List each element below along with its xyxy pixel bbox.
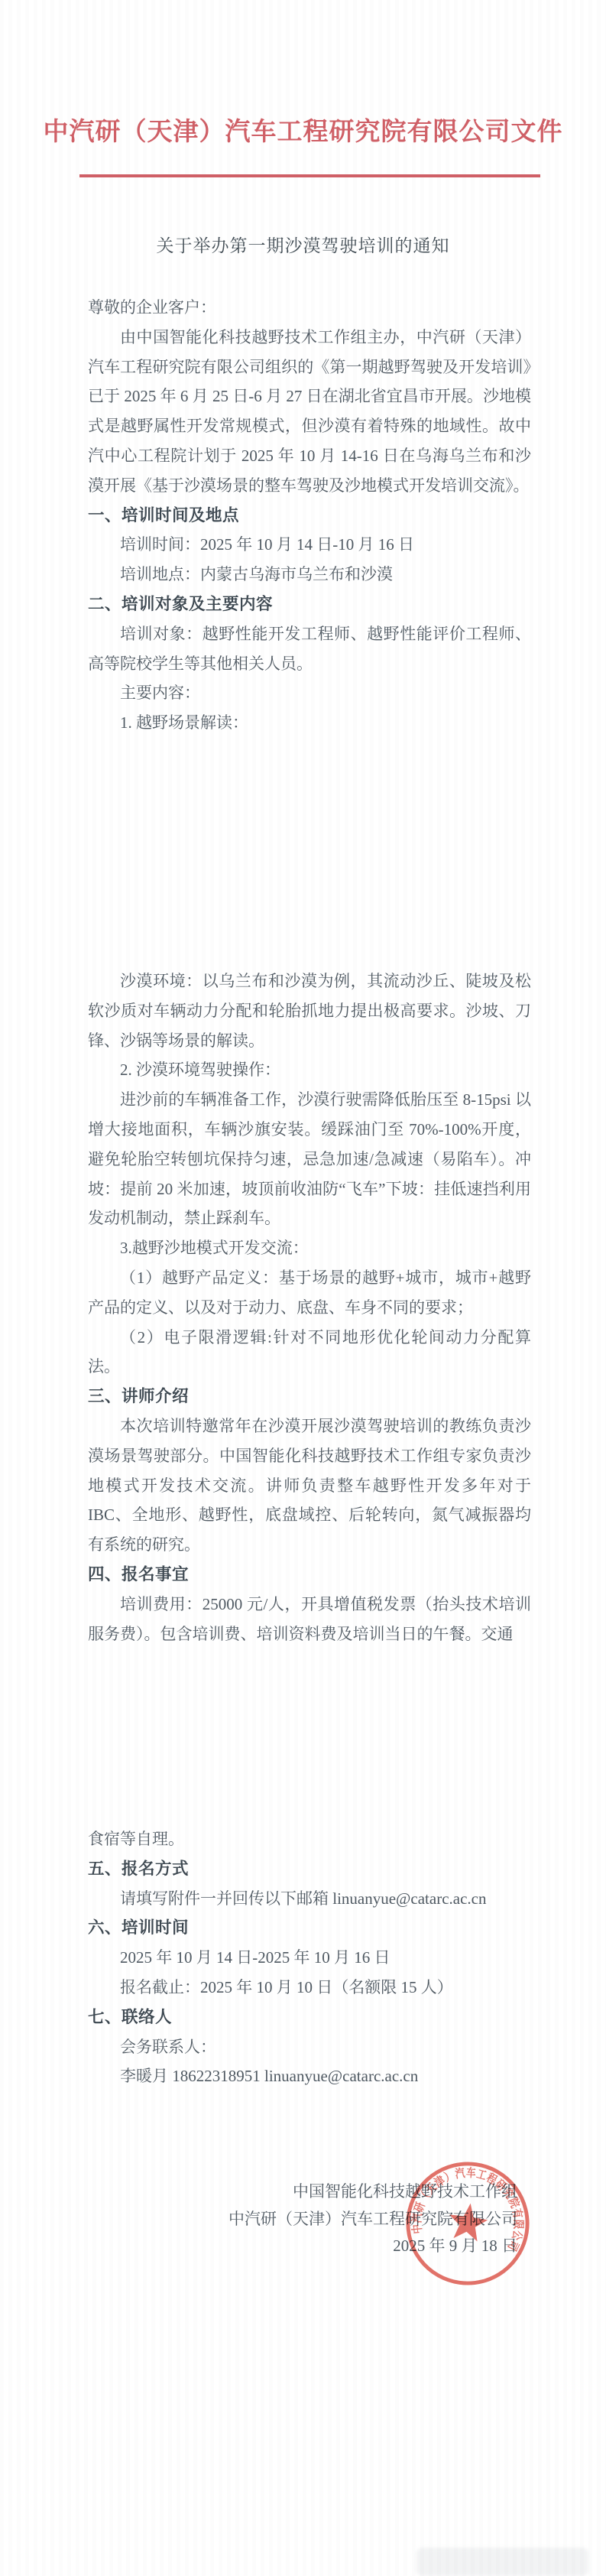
intro-paragraph: 由中国智能化科技越野技术工作组主办，中汽研（天津）汽车工程研究院有限公司组织的《…	[88, 323, 531, 501]
fee-paragraph: 培训费用：25000 元/人，开具增值税发票（抬头技术培训服务费）。包含培训费、…	[88, 1590, 531, 1649]
section-7-heading: 七、联络人	[88, 2003, 531, 2032]
header-divider-rule	[79, 174, 540, 177]
content-item-3: 3.越野沙地模式开发交流：	[88, 1233, 531, 1263]
document-title: 关于举办第一期沙漠驾驶培训的通知	[0, 232, 606, 257]
section-3-heading: 三、讲师介绍	[88, 1382, 531, 1411]
training-place: 培训地点：内蒙古乌海市乌兰布和沙漠	[88, 560, 531, 590]
section-2-heading: 二、培训对象及主要内容	[88, 590, 531, 619]
contact-label: 会务联系人：	[88, 2032, 531, 2062]
slip-logic-item: （2）电子限滑逻辑:针对不同地形优化轮间动力分配算法。	[88, 1323, 531, 1382]
instructor-desc: 本次培训特邀常年在沙漠开展沙漠驾驶培训的教练负责沙漠场景驾驶部分。中国智能化科技…	[88, 1411, 531, 1560]
body-page-2: 沙漠环境：以乌兰布和沙漠为例，其流动沙丘、陡坡及松软沙质对车辆动力分配和轮胎抓地…	[88, 966, 531, 1649]
section-6-heading: 六、培训时间	[88, 1913, 531, 1943]
registration-method: 请填写附件一并回传以下邮箱 linuanyue@catarc.ac.cn	[88, 1884, 531, 1914]
desert-scene-desc: 沙漠环境：以乌兰布和沙漠为例，其流动沙丘、陡坡及松软沙质对车辆动力分配和轮胎抓地…	[88, 966, 531, 1055]
org-file-title: 中汽研（天津）汽车工程研究院有限公司文件	[0, 112, 606, 148]
content-item-1: 1. 越野场景解读：	[88, 708, 531, 738]
section-1-heading: 一、培训时间及地点	[88, 501, 531, 531]
training-audience: 培训对象：越野性能开发工程师、越野性能评价工程师、高等院校学生等其他相关人员。	[88, 619, 531, 679]
salutation: 尊敬的企业客户：	[88, 293, 531, 323]
body-page-1: 尊敬的企业客户： 由中国智能化科技越野技术工作组主办，中汽研（天津）汽车工程研究…	[88, 293, 531, 738]
seal-star-icon	[446, 2201, 490, 2243]
scan-artifact	[416, 2548, 588, 2576]
section-5-heading: 五、报名方式	[88, 1854, 531, 1884]
company-seal: 中汽研（天津）汽车工程研究院有限公司	[403, 2159, 532, 2288]
content-item-2: 2. 沙漠环境驾驶操作：	[88, 1055, 531, 1085]
scanned-document-page: 中汽研（天津）汽车工程研究院有限公司文件 关于举办第一期沙漠驾驶培训的通知 尊敬…	[0, 0, 606, 2576]
training-dates: 2025 年 10 月 14 日-2025 年 10 月 16 日	[88, 1943, 531, 1973]
registration-deadline: 报名截止：2025 年 10 月 10 日（名额限 15 人）	[88, 1973, 531, 2003]
contact-info: 李暖月 18622318951 linuanyue@catarc.ac.cn	[88, 2061, 531, 2091]
driving-operation-desc: 进沙前的车辆准备工作，沙漠行驶需降低胎压至 8-15psi 以增大接地面积，车辆…	[88, 1085, 531, 1233]
content-label: 主要内容：	[88, 678, 531, 708]
fee-paragraph-continued: 食宿等自理。	[88, 1824, 531, 1854]
body-page-3: 食宿等自理。 五、报名方式 请填写附件一并回传以下邮箱 linuanyue@ca…	[88, 1824, 531, 2091]
training-time: 培训时间：2025 年 10 月 14 日-10 月 16 日	[88, 530, 531, 560]
product-definition-item: （1）越野产品定义：基于场景的越野+城市，城市+越野产品的定义、以及对于动力、底…	[88, 1263, 531, 1323]
section-4-heading: 四、报名事宜	[88, 1560, 531, 1590]
